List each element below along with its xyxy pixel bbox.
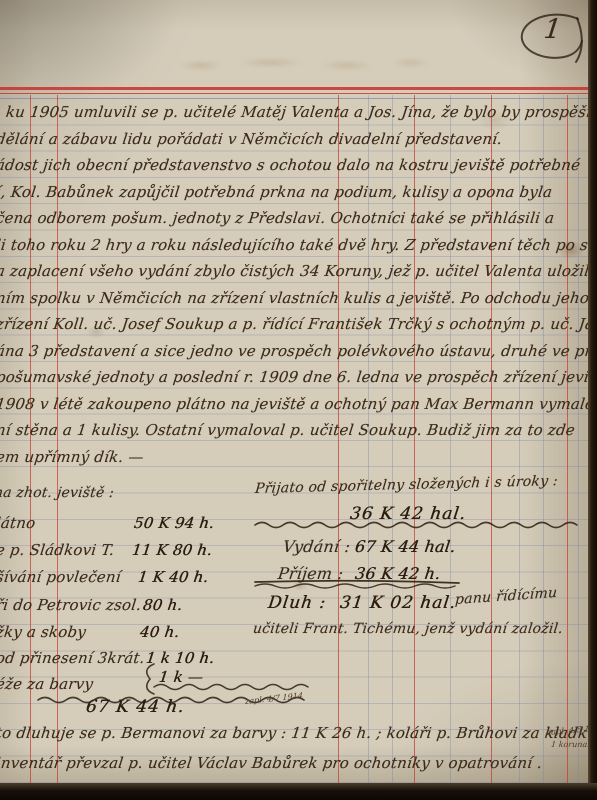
manuscript-line: zřízení Koll. uč. Josef Soukup a p. řídí… bbox=[0, 315, 590, 333]
expense-amount: 50 K 94 h. bbox=[133, 514, 215, 532]
dluh-value: 31 K 02 hal. bbox=[339, 593, 458, 613]
manuscript-line: ku 1905 umluvili se p. učitelé Matěj Val… bbox=[5, 103, 590, 121]
ink-bleedthrough bbox=[168, 50, 438, 78]
manuscript-line: ádost jich obecní představenstvo s ochot… bbox=[0, 156, 581, 174]
expense-label: látno bbox=[0, 514, 37, 532]
expense-amount: 80 h. bbox=[142, 596, 184, 614]
column-rule-blue bbox=[578, 95, 579, 784]
paper-sheet: 1 ku 1905 umluvili se p. učitelé Matěj V… bbox=[0, 0, 590, 784]
expense-row: od přinesení 3krát. 1 k 10 h. bbox=[0, 649, 146, 667]
manuscript-line: a zaplacení všeho vydání zbylo čistých 3… bbox=[0, 262, 590, 280]
expense-row: látno 50 K 94 h. bbox=[0, 514, 37, 532]
dluh-row: Dluh : 31 K 02 hal. bbox=[267, 593, 328, 613]
expense-label: šívání povlečení bbox=[0, 568, 122, 586]
expense-row: e p. Sládkovi T. 11 K 80 h. bbox=[0, 541, 115, 559]
expense-row: šívání povlečení 1 K 40 h. bbox=[0, 568, 122, 586]
expense-heading: na zhot. jeviště : bbox=[0, 485, 115, 501]
manuscript-line: dělání a zábavu lidu pořádati v Němčicíc… bbox=[0, 130, 503, 148]
footer-line: to dluhuje se p. Bermanovi za barvy : 11… bbox=[0, 724, 590, 742]
manuscript-photo: 1 ku 1905 umluvili se p. učitelé Matěj V… bbox=[0, 0, 597, 800]
manuscript-line: 1908 v létě zakoupeno plátno na jeviště … bbox=[0, 395, 590, 413]
expense-row: ři do Petrovic zsol. 80 h. bbox=[0, 596, 142, 614]
paid-note: 1 koruna. bbox=[550, 740, 590, 749]
manuscript-line: li toho roku 2 hry a roku následujícího … bbox=[0, 236, 590, 254]
manuscript-line: pošumavské jednoty a poslední r. 1909 dn… bbox=[0, 368, 590, 386]
book-edge-bottom bbox=[0, 783, 597, 800]
expense-label: od přinesení 3krát. bbox=[0, 649, 146, 667]
book-edge-right bbox=[588, 0, 597, 800]
dluh-note: učiteli Frant. Tichému, jenž vydání zalo… bbox=[252, 621, 564, 637]
prijem-underline bbox=[253, 580, 461, 590]
expense-label: e p. Sládkovi T. bbox=[0, 541, 115, 559]
expense-amount: 11 K 80 h. bbox=[131, 541, 213, 559]
manuscript-line: čena odborem pošum. jednoty z Předslavi.… bbox=[0, 209, 555, 227]
wavy-underline bbox=[253, 519, 585, 531]
expense-amount: 40 h. bbox=[139, 623, 181, 641]
dluh-label: Dluh : bbox=[267, 593, 328, 613]
manuscript-line: í, Kol. Babůnek zapůjčil potřebná prkna … bbox=[0, 183, 553, 201]
expense-amount: 1 K 40 h. bbox=[137, 568, 210, 586]
vydani-row: Vydání : 67 K 44 hal. bbox=[282, 537, 352, 556]
vydani-value: 67 K 44 hal. bbox=[354, 537, 457, 556]
header-red-rule-thin bbox=[0, 93, 590, 94]
expense-row: žky a skoby 40 h. bbox=[0, 623, 87, 641]
manuscript-line: ním spolku v Němčicích na zřízení vlastn… bbox=[0, 289, 590, 307]
manuscript-line: ní stěna a 1 kulisy. Ostatní vymaloval p… bbox=[0, 421, 576, 439]
vydani-label: Vydání : bbox=[282, 537, 352, 556]
footer-line: inventář převzal p. učitel Václav Babůre… bbox=[0, 754, 543, 772]
manuscript-line: ána 3 představení a sice jedno ve prospě… bbox=[0, 342, 590, 360]
header-red-rule bbox=[0, 87, 590, 90]
expense-label: žky a skoby bbox=[0, 623, 87, 641]
expense-label: ři do Petrovic zsol. bbox=[0, 596, 142, 614]
manuscript-line: em upřímný dík. — bbox=[0, 448, 145, 466]
column-rule-red bbox=[567, 95, 568, 784]
expense-total: 67 K 44 h. bbox=[85, 697, 186, 717]
